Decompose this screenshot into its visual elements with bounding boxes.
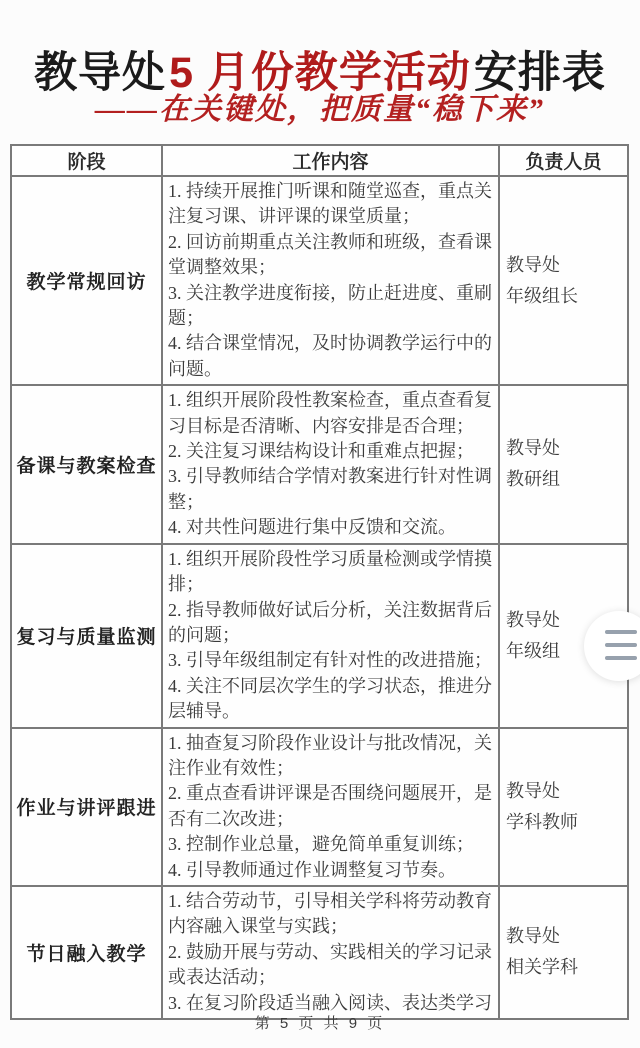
hamburger-menu-icon [605, 643, 637, 647]
schedule-table: 阶段 工作内容 负责人员 教学常规回访1. 持续开展推门听课和随堂巡查，重点关注… [10, 144, 629, 1020]
stage-cell: 复习与质量监测 [11, 544, 162, 728]
owner-label: 学科教师 [506, 807, 626, 838]
task-item: 3. 引导年级组制定有针对性的改进措施； [168, 648, 493, 673]
schedule-table-container: 阶段 工作内容 负责人员 教学常规回访1. 持续开展推门听课和随堂巡查，重点关注… [10, 144, 629, 1020]
task-item: 2. 重点查看讲评课是否围绕问题展开，是否有二次改进； [168, 781, 493, 832]
table-row: 教学常规回访1. 持续开展推门听课和随堂巡查，重点关注复习课、讲评课的课堂质量；… [11, 176, 628, 385]
tasks-cell: 1. 组织开展阶段性学习质量检测或学情摸排；2. 指导教师做好试后分析，关注数据… [162, 544, 499, 728]
task-item: 1. 组织开展阶段性教案检查，重点查看复习目标是否清晰、内容安排是否合理； [168, 388, 493, 439]
owner-label: 教研组 [506, 464, 626, 495]
task-item: 4. 对共性问题进行集中反馈和交流。 [168, 515, 493, 540]
task-item: 1. 结合劳动节，引导相关学科将劳动教育内容融入课堂与实践； [168, 889, 493, 940]
task-item: 4. 结合课堂情况，及时协调教学运行中的问题。 [168, 331, 493, 382]
stage-cell: 节日融入教学 [11, 886, 162, 1019]
document-page: 教导处5 月份教学活动安排表 ——在关键处，把质量“稳下来” 阶段 工作内容 负… [0, 0, 640, 1048]
col-header-tasks: 工作内容 [162, 145, 499, 176]
table-row: 作业与讲评跟进1. 抽查复习阶段作业设计与批改情况，关注作业有效性；2. 重点查… [11, 728, 628, 886]
header-row: 阶段 工作内容 负责人员 [11, 145, 628, 176]
owner-label: 教导处 [506, 433, 626, 464]
table-row: 复习与质量监测1. 组织开展阶段性学习质量检测或学情摸排；2. 指导教师做好试后… [11, 544, 628, 728]
task-item: 2. 关注复习课结构设计和重难点把握； [168, 439, 493, 464]
owners-cell: 教导处学科教师 [499, 728, 628, 886]
stage-cell: 教学常规回访 [11, 176, 162, 385]
task-item: 1. 抽查复习阶段作业设计与批改情况，关注作业有效性； [168, 731, 493, 782]
task-item: 2. 鼓励开展与劳动、实践相关的学习记录或表达活动； [168, 940, 493, 991]
col-header-stage: 阶段 [11, 145, 162, 176]
owners-cell: 教导处年级组长 [499, 176, 628, 385]
page-subtitle: ——在关键处，把质量“稳下来” [0, 84, 640, 128]
owner-label: 教导处 [506, 776, 626, 807]
table-row: 备课与教案检查1. 组织开展阶段性教案检查，重点查看复习目标是否清晰、内容安排是… [11, 385, 628, 543]
task-item: 4. 关注不同层次学生的学习状态，推进分层辅导。 [168, 674, 493, 725]
stage-cell: 作业与讲评跟进 [11, 728, 162, 886]
task-item: 2. 回访前期重点关注教师和班级，查看课堂调整效果； [168, 230, 493, 281]
owner-label: 年级组长 [506, 281, 626, 312]
tasks-cell: 1. 持续开展推门听课和随堂巡查，重点关注复习课、讲评课的课堂质量；2. 回访前… [162, 176, 499, 385]
task-item: 1. 持续开展推门听课和随堂巡查，重点关注复习课、讲评课的课堂质量； [168, 179, 493, 230]
task-item: 3. 关注教学进度衔接，防止赶进度、重刷题； [168, 281, 493, 332]
hamburger-menu-icon [605, 656, 637, 660]
task-item: 2. 指导教师做好试后分析，关注数据背后的问题； [168, 598, 493, 649]
task-item: 3. 引导教师结合学情对教案进行针对性调整； [168, 464, 493, 515]
owners-cell: 教导处相关学科 [499, 886, 628, 1019]
tasks-cell: 1. 结合劳动节，引导相关学科将劳动教育内容融入课堂与实践；2. 鼓励开展与劳动… [162, 886, 499, 1019]
hamburger-menu-icon [605, 630, 637, 634]
task-item: 3. 控制作业总量，避免简单重复训练； [168, 832, 493, 857]
task-item: 1. 组织开展阶段性学习质量检测或学情摸排； [168, 547, 493, 598]
owner-label: 教导处 [506, 250, 626, 281]
tasks-cell: 1. 抽查复习阶段作业设计与批改情况，关注作业有效性；2. 重点查看讲评课是否围… [162, 728, 499, 886]
owner-label: 教导处 [506, 921, 626, 952]
stage-cell: 备课与教案检查 [11, 385, 162, 543]
col-header-owners: 负责人员 [499, 145, 628, 176]
page-number: 第 5 页 共 9 页 [0, 1012, 640, 1033]
table-row: 节日融入教学1. 结合劳动节，引导相关学科将劳动教育内容融入课堂与实践；2. 鼓… [11, 886, 628, 1019]
owners-cell: 教导处教研组 [499, 385, 628, 543]
owner-label: 相关学科 [506, 952, 626, 983]
tasks-cell: 1. 组织开展阶段性教案检查，重点查看复习目标是否清晰、内容安排是否合理；2. … [162, 385, 499, 543]
task-item: 4. 引导教师通过作业调整复习节奏。 [168, 858, 493, 883]
